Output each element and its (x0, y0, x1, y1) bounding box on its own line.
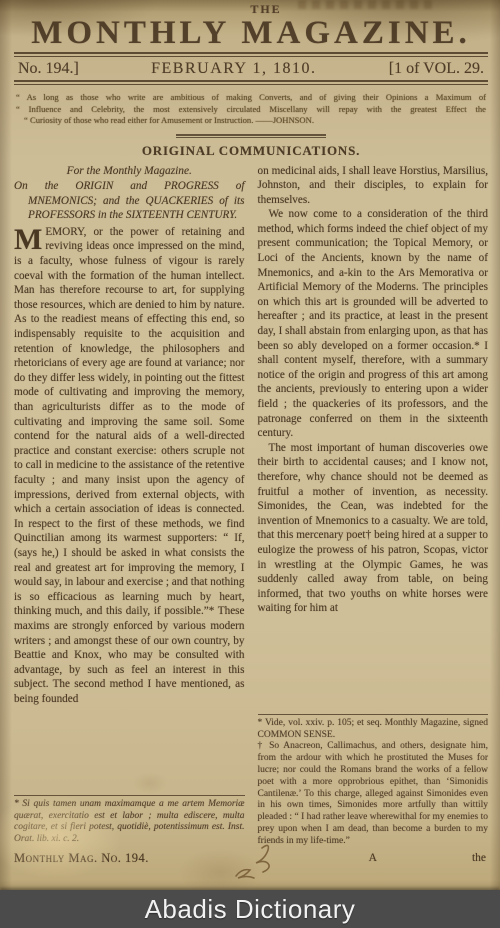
footnote-rule (258, 714, 489, 715)
issue-date: FEBRUARY 1, 1810. (151, 60, 316, 78)
masthead-title: MONTHLY MAGAZINE. (14, 15, 488, 52)
body-paragraph: The most important of human discoveries … (258, 441, 489, 616)
signature-mark: A (369, 851, 377, 866)
issue-date-row: No. 194.] FEBRUARY 1, 1810. [1 of VOL. 2… (14, 57, 488, 80)
scanned-magazine-page: THE MONTHLY MAGAZINE. No. 194.] FEBRUARY… (0, 0, 500, 890)
text-columns: For the Monthly Magazine. On the ORIGIN … (14, 164, 488, 866)
issue-number: No. 194.] (18, 60, 79, 78)
caption-label: Abadis Dictionary (145, 894, 356, 925)
epigraph: “ As long as those who write are ambitio… (16, 92, 486, 127)
drop-cap: M (14, 225, 45, 252)
article-title: On the ORIGIN and PROGRESS of MNEMONICS;… (14, 179, 245, 223)
section-heading: ORIGINAL COMMUNICATIONS. (14, 143, 488, 159)
body-paragraph: We now come to a consideration of the th… (258, 207, 489, 441)
catchword: the (472, 851, 486, 866)
signature-row: A the (258, 851, 489, 866)
left-column: For the Monthly Magazine. On the ORIGIN … (14, 164, 245, 866)
epigraph-line: “ As long as those who write are ambitio… (16, 92, 486, 104)
epigraph-line: “ Curiosity of those who read either for… (16, 115, 486, 127)
masthead-rule-top (14, 52, 488, 57)
masthead-rule-bottom (14, 80, 488, 85)
page-inner: THE MONTHLY MAGAZINE. No. 194.] FEBRUARY… (0, 0, 500, 890)
footnote-rule (14, 795, 245, 796)
headpiece-rule (176, 134, 326, 138)
running-title: Monthly Mag. No. 194. (14, 851, 245, 866)
epigraph-line: “ Influence and Celebrity, the most exte… (16, 104, 486, 116)
article-body-paragraph: MEMORY, or the power of retaining and re… (14, 225, 245, 707)
right-column-footer: * Vide, vol. xxiv. p. 105; et seq. Month… (258, 714, 489, 866)
continuation-paragraph: on medicinal aids, I shall leave Horstiu… (258, 164, 489, 208)
left-column-footer: * Si quis tamen unam maximamque a me art… (14, 795, 245, 866)
show-through-smudge (298, 0, 438, 9)
footnote-vide: * Vide, vol. xxiv. p. 105; et seq. Month… (258, 718, 489, 742)
footnote-latin: * Si quis tamen unam maximamque a me art… (14, 799, 245, 846)
handwritten-ink-mark (228, 842, 288, 884)
caption-bar: Abadis Dictionary (0, 890, 500, 928)
volume-label: [1 of VOL. 29. (389, 60, 484, 78)
footnote-anacreon: † So Anacreon, Callimachus, and others, … (258, 741, 489, 847)
article-body-text: EMORY, or the power of retaining and rev… (14, 226, 245, 705)
screenshot-root: THE MONTHLY MAGAZINE. No. 194.] FEBRUARY… (0, 0, 500, 928)
right-column: on medicinal aids, I shall leave Horstiu… (258, 164, 489, 866)
article-dateline: For the Monthly Magazine. (14, 164, 245, 179)
